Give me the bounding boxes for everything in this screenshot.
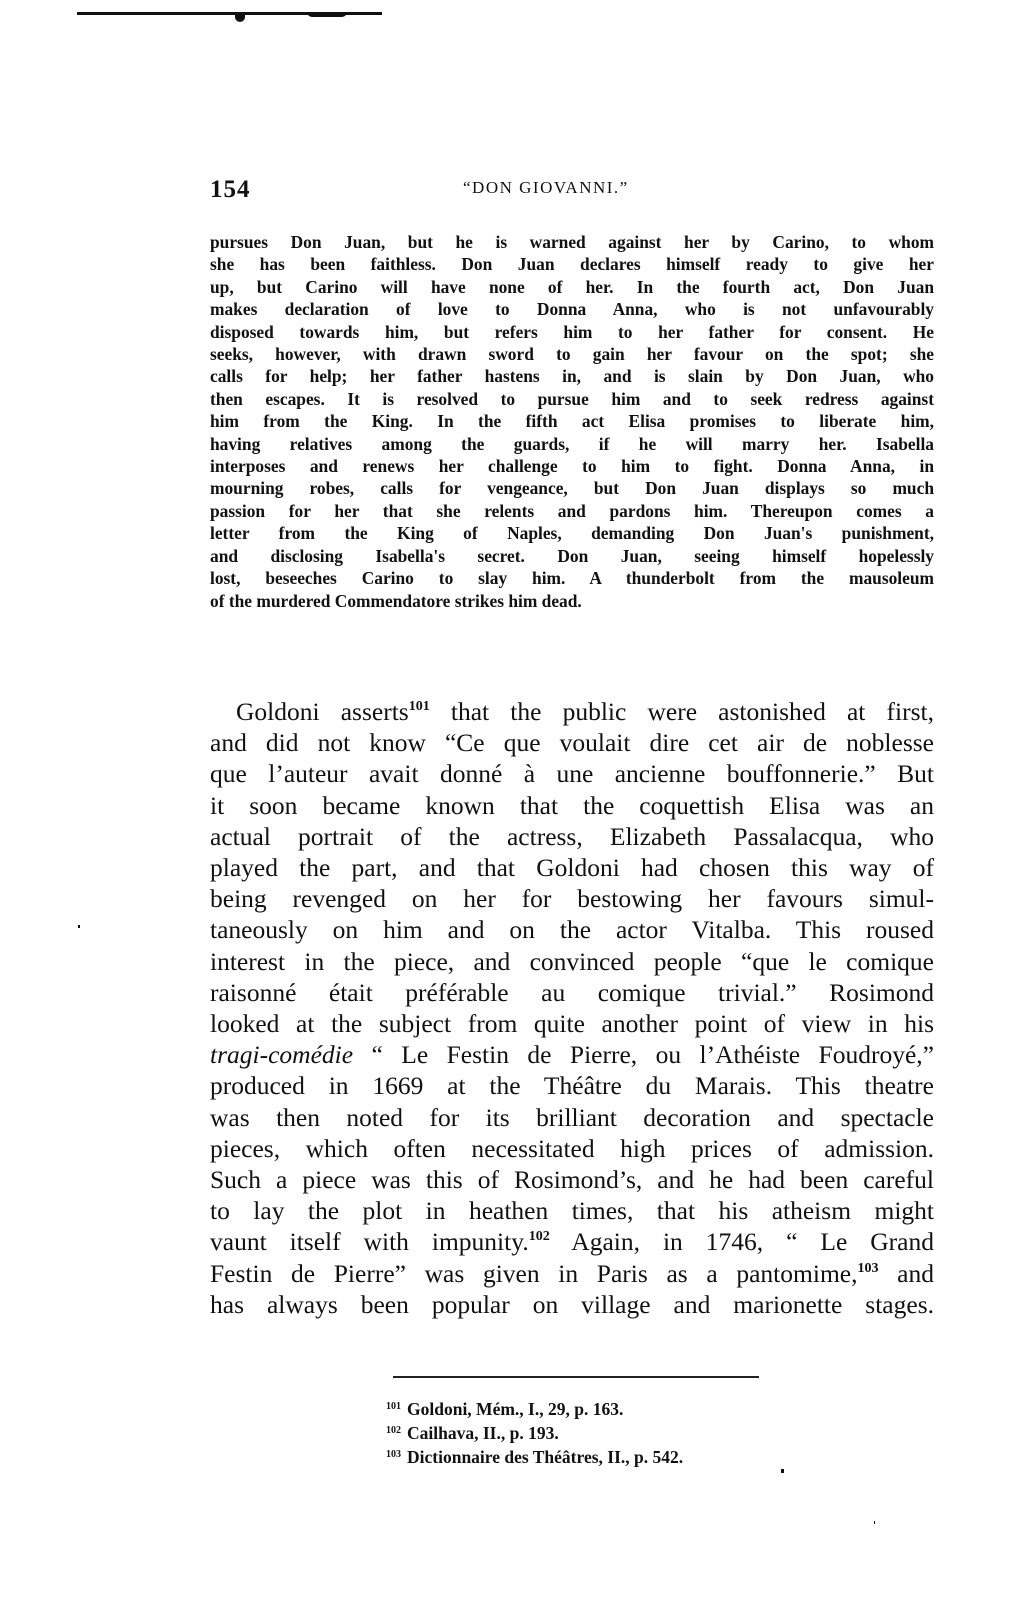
text-line: interposes and renews her challenge to h… xyxy=(210,455,934,477)
text-line: makes declaration of love to Donna Anna,… xyxy=(210,298,934,320)
main-paragraph: Goldoni asserts101 that the public were … xyxy=(210,696,934,1320)
text-line: que l’auteur avait donné à une ancienne … xyxy=(210,758,934,789)
running-title: “DON GIOVANNI.” xyxy=(463,178,629,198)
text-line: produced in 1669 at the Théâtre du Marai… xyxy=(210,1070,934,1101)
text-line: taneously on him and on the actor Vitalb… xyxy=(210,914,934,945)
text-line: Such a piece was this of Rosimond’s, and… xyxy=(210,1164,934,1195)
footnote-number: 103 xyxy=(386,1449,401,1460)
text-line: Goldoni asserts101 that the public were … xyxy=(210,696,934,727)
text-line: she has been faithless. Don Juan declare… xyxy=(210,253,934,275)
footnote-ref-101[interactable]: 101 xyxy=(409,699,430,714)
text-line: to lay the plot in heathen times, that h… xyxy=(210,1195,934,1226)
text-fragment: vaunt itself with impunity. xyxy=(210,1227,529,1256)
text-line: lost, beseeches Carino to slay him. A th… xyxy=(210,567,934,589)
text-fragment: Goldoni asserts xyxy=(236,697,409,726)
footnote-103: 103Dictionnaire des Théâtres, II., p. 54… xyxy=(386,1444,806,1468)
scan-speck xyxy=(78,925,80,928)
text-line: it soon became known that the coquettish… xyxy=(210,790,934,821)
footnote-divider xyxy=(393,1376,759,1378)
footnote-101: 101Goldoni, Mém., I., 29, p. 163. xyxy=(386,1396,806,1420)
text-line: of the murdered Commendatore strikes him… xyxy=(210,590,934,612)
text-line: seeks, however, with drawn sword to gain… xyxy=(210,343,934,365)
footnote-text: Cailhava, II., p. 193. xyxy=(407,1423,559,1443)
footnote-text: Dictionnaire des Théâtres, II., p. 542. xyxy=(407,1447,683,1467)
text-line: pursues Don Juan, but he is warned again… xyxy=(210,231,934,253)
text-fragment: that the public were astonished at first… xyxy=(430,697,934,726)
footnote-ref-102[interactable]: 102 xyxy=(529,1230,550,1245)
footnote-number: 101 xyxy=(386,1401,401,1412)
text-line: raisonné était préférable au comique tri… xyxy=(210,977,934,1008)
text-line: looked at the subject from quite another… xyxy=(210,1008,934,1039)
footnote-number: 102 xyxy=(386,1425,401,1436)
text-line: interest in the piece, and convinced peo… xyxy=(210,946,934,977)
text-line: having relatives among the guards, if he… xyxy=(210,433,934,455)
italic-term: tragi-comédie xyxy=(210,1040,353,1069)
text-fragment: Festin de Pierre” was given in Paris as … xyxy=(210,1259,857,1288)
text-fragment: and xyxy=(879,1259,935,1288)
top-scan-rule xyxy=(77,12,382,15)
text-line: actual portrait of the actress, Elizabet… xyxy=(210,821,934,852)
text-line: up, but Carino will have none of her. In… xyxy=(210,276,934,298)
scan-speck xyxy=(874,1521,875,1524)
text-line: Festin de Pierre” was given in Paris as … xyxy=(210,1258,934,1289)
text-line: pieces, which often necessitated high pr… xyxy=(210,1133,934,1164)
text-line: has always been popular on village and m… xyxy=(210,1289,934,1320)
ink-blot xyxy=(235,12,245,22)
text-line: vaunt itself with impunity.102 Again, in… xyxy=(210,1226,934,1257)
text-line: being revenged on her for bestowing her … xyxy=(210,883,934,914)
text-line: and disclosing Isabella's secret. Don Ju… xyxy=(210,545,934,567)
text-fragment: “ Le Festin de Pierre, ou l’Athéiste Fou… xyxy=(353,1040,934,1069)
text-line: him from the King. In the fifth act Elis… xyxy=(210,410,934,432)
text-line: calls for help; her father hastens in, a… xyxy=(210,365,934,387)
running-head: 154 “DON GIOVANNI.” xyxy=(210,176,934,206)
footnotes: 101Goldoni, Mém., I., 29, p. 163. 102Cai… xyxy=(386,1396,806,1468)
text-fragment: Again, in 1746, “ Le Grand xyxy=(550,1227,934,1256)
page-number: 154 xyxy=(210,176,251,204)
ink-blot xyxy=(307,12,347,17)
summary-paragraph: pursues Don Juan, but he is warned again… xyxy=(210,231,934,612)
footnote-text: Goldoni, Mém., I., 29, p. 163. xyxy=(407,1399,623,1419)
text-line: then escapes. It is resolved to pursue h… xyxy=(210,388,934,410)
text-line: played the part, and that Goldoni had ch… xyxy=(210,852,934,883)
text-line: letter from the King of Naples, demandin… xyxy=(210,522,934,544)
text-line: disposed towards him, but refers him to … xyxy=(210,321,934,343)
footnote-ref-103[interactable]: 103 xyxy=(857,1261,878,1276)
text-line: mourning robes, calls for vengeance, but… xyxy=(210,477,934,499)
text-line: tragi-comédie “ Le Festin de Pierre, ou … xyxy=(210,1039,934,1070)
text-line: and did not know “Ce que voulait dire ce… xyxy=(210,727,934,758)
text-line: passion for her that she relents and par… xyxy=(210,500,934,522)
text-line: was then noted for its brilliant decorat… xyxy=(210,1102,934,1133)
scan-speck xyxy=(781,1469,784,1473)
footnote-102: 102Cailhava, II., p. 193. xyxy=(386,1420,806,1444)
